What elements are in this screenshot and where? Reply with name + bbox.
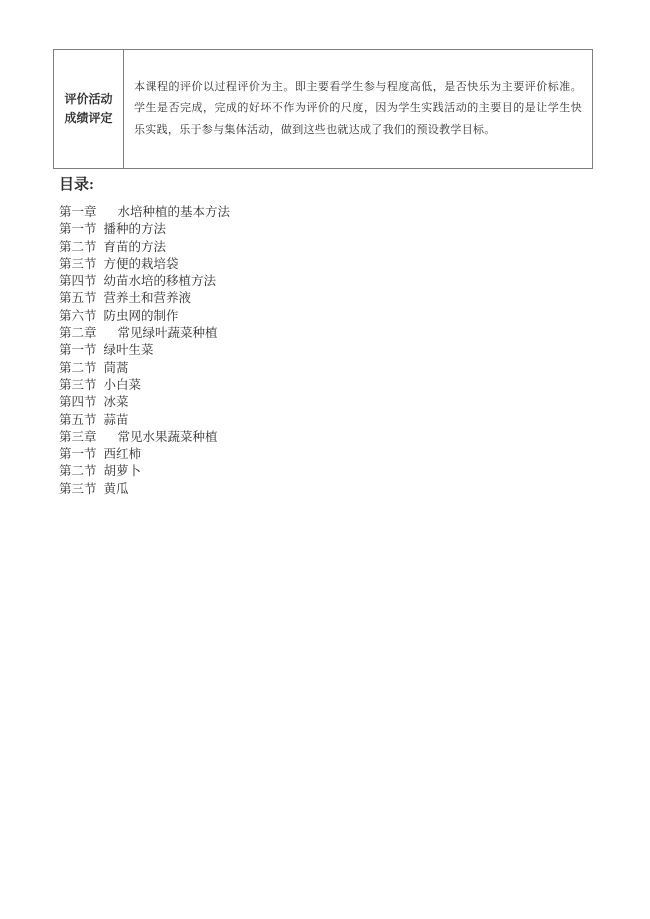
evaluation-table-body-cell: 本课程的评价以过程评价为主。即主要看学生参与程度高低，是否快乐为主要评价标准。学…: [124, 50, 592, 168]
toc-item-label: 第二节: [59, 463, 97, 480]
toc-item-title: 营养土和营养液: [104, 291, 192, 305]
toc-item-title: 冰菜: [104, 395, 129, 409]
evaluation-table-header-cell: 评价活动 成绩评定: [54, 50, 124, 168]
toc-chapter: 第三章常见水果蔬菜种植: [59, 429, 230, 446]
toc-section: 第四节冰菜: [59, 394, 230, 411]
toc-section: 第五节蒜苗: [59, 412, 230, 429]
toc-item-title: 防虫网的制作: [104, 309, 179, 323]
toc-item-label: 第三章: [59, 429, 97, 446]
toc-item-label: 第三节: [59, 256, 97, 273]
toc-item-label: 第二节: [59, 360, 97, 377]
toc-item-title: 茼蒿: [104, 361, 129, 375]
evaluation-table: 评价活动 成绩评定 本课程的评价以过程评价为主。即主要看学生参与程度高低，是否快…: [53, 49, 593, 169]
toc-item-title: 绿叶生菜: [104, 343, 154, 357]
toc-section: 第六节防虫网的制作: [59, 308, 230, 325]
toc-item-label: 第一章: [59, 204, 97, 221]
toc-chapter: 第二章常见绿叶蔬菜种植: [59, 325, 230, 342]
document-page: { "page": { "background": "#ffffff", "te…: [0, 0, 650, 919]
toc-item-label: 第一节: [59, 446, 97, 463]
toc-item-label: 第二章: [59, 325, 97, 342]
toc-section: 第五节营养土和营养液: [59, 290, 230, 307]
toc-item-label: 第三节: [59, 377, 97, 394]
toc-item-title: 幼苗水培的移植方法: [104, 274, 217, 288]
toc-item-title: 蒜苗: [104, 413, 129, 427]
toc-section: 第二节茼蒿: [59, 360, 230, 377]
toc-item-title: 播种的方法: [104, 222, 167, 236]
toc-section: 第二节胡萝卜: [59, 463, 230, 480]
toc-item-label: 第二节: [59, 239, 97, 256]
toc-item-label: 第三节: [59, 481, 97, 498]
toc-item-label: 第六节: [59, 308, 97, 325]
toc-heading: 目录:: [59, 176, 94, 194]
toc-item-title: 胡萝卜: [104, 464, 142, 478]
toc-item-label: 第五节: [59, 290, 97, 307]
toc-chapter: 第一章水培种植的基本方法: [59, 204, 230, 221]
toc-list: 第一章水培种植的基本方法 第一节播种的方法 第二节育苗的方法 第三节方便的栽培袋…: [59, 204, 230, 498]
toc-item-label: 第四节: [59, 394, 97, 411]
evaluation-body-text: 本课程的评价以过程评价为主。即主要看学生参与程度高低，是否快乐为主要评价标准。学…: [134, 77, 582, 142]
toc-item-title: 育苗的方法: [104, 240, 167, 254]
toc-section: 第三节小白菜: [59, 377, 230, 394]
evaluation-header-line2: 成绩评定: [64, 109, 112, 128]
toc-section: 第三节黄瓜: [59, 481, 230, 498]
toc-item-title: 方便的栽培袋: [104, 257, 179, 271]
toc-item-label: 第四节: [59, 273, 97, 290]
toc-section: 第二节育苗的方法: [59, 239, 230, 256]
toc-item-title: 西红柿: [104, 447, 142, 461]
toc-item-title: 水培种植的基本方法: [118, 205, 231, 219]
toc-section: 第一节西红柿: [59, 446, 230, 463]
toc-section: 第三节方便的栽培袋: [59, 256, 230, 273]
toc-item-label: 第一节: [59, 221, 97, 238]
toc-section: 第一节绿叶生菜: [59, 342, 230, 359]
toc-item-title: 小白菜: [104, 378, 142, 392]
toc-item-title: 常见绿叶蔬菜种植: [118, 326, 218, 340]
toc-item-title: 常见水果蔬菜种植: [118, 430, 218, 444]
toc-section: 第一节播种的方法: [59, 221, 230, 238]
toc-item-label: 第一节: [59, 342, 97, 359]
evaluation-header-line1: 评价活动: [64, 90, 112, 109]
toc-item-title: 黄瓜: [104, 482, 129, 496]
toc-section: 第四节幼苗水培的移植方法: [59, 273, 230, 290]
toc-item-label: 第五节: [59, 412, 97, 429]
